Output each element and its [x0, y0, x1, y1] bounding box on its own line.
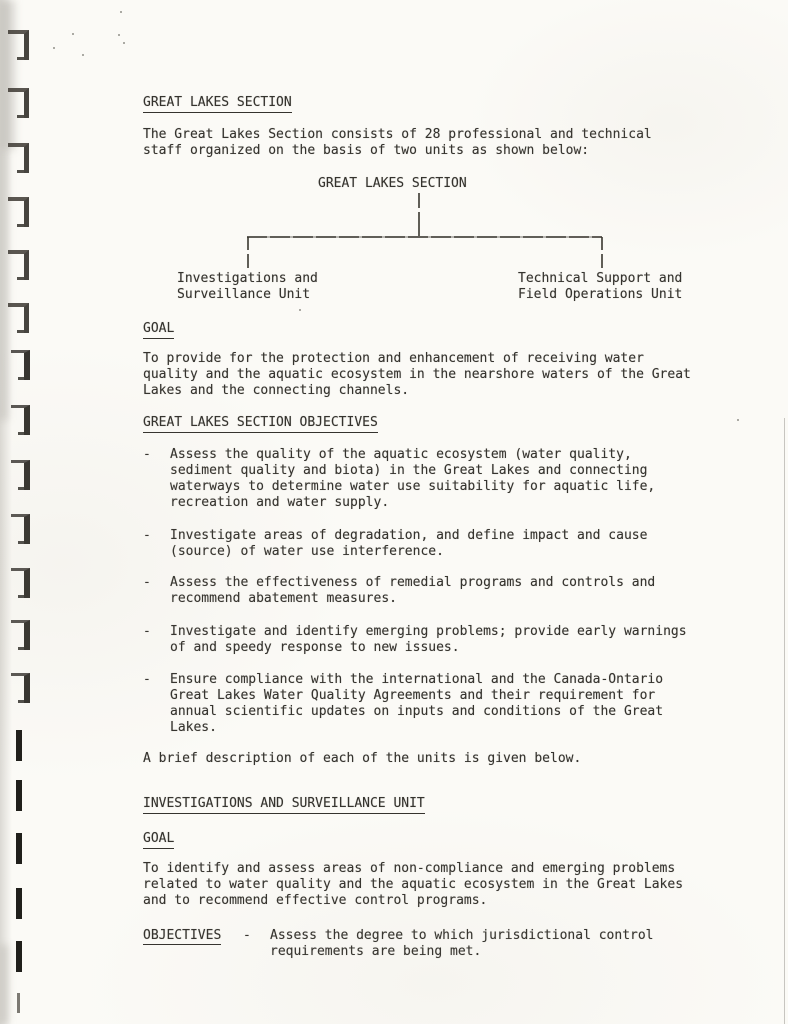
unit-heading: INVESTIGATIONS AND SURVEILLANCE UNIT: [143, 796, 425, 814]
section-heading: GREAT LAKES SECTION: [143, 95, 292, 113]
binding-mark: [16, 780, 22, 811]
scan-speck: [120, 11, 122, 13]
objectives-heading: GREAT LAKES SECTION OBJECTIVES: [143, 415, 378, 433]
binding-mark: [16, 941, 22, 972]
unit-objectives-heading-text: OBJECTIVES: [143, 928, 221, 945]
binding-mark: [8, 197, 29, 227]
objective-item: - Assess the quality of the aquatic ecos…: [143, 447, 655, 511]
binding-mark: [8, 30, 29, 60]
scan-edge-artifact: [0, 150, 9, 420]
binding-mark: [11, 350, 30, 380]
goal-heading: GOAL: [143, 321, 174, 339]
org-chart-right-connector: [601, 254, 603, 268]
scan-speck: [123, 42, 125, 44]
binding-mark: [11, 673, 30, 703]
binding-mark: [16, 888, 22, 919]
bullet-marker: -: [143, 447, 170, 463]
binding-mark: [16, 833, 22, 864]
objective-text: Assess the quality of the aquatic ecosys…: [170, 447, 655, 511]
scan-edge-artifact: [784, 418, 785, 1024]
binding-mark: [11, 405, 30, 435]
intro-paragraph: The Great Lakes Section consists of 28 p…: [143, 127, 652, 159]
objective-item: - Investigate and identify emerging prob…: [143, 624, 687, 656]
bullet-marker: -: [243, 928, 270, 944]
binding-mark: [8, 88, 29, 118]
scan-speck: [72, 33, 74, 35]
scan-edge-artifact: [0, 945, 9, 1024]
bullet-marker: -: [143, 672, 170, 688]
scan-speck: [82, 54, 84, 56]
org-chart-root-label: GREAT LAKES SECTION: [318, 176, 467, 192]
org-chart-left-connector: [247, 237, 249, 250]
note-paragraph: A brief description of each of the units…: [143, 751, 581, 767]
objective-text: Investigate and identify emerging proble…: [170, 624, 687, 656]
binding-mark: [16, 730, 22, 761]
bullet-marker: -: [143, 575, 170, 591]
org-chart-right-unit-label: Technical Support and Field Operations U…: [518, 271, 682, 303]
unit-goal-paragraph: To identify and assess areas of non-comp…: [143, 861, 683, 909]
scan-speck: [299, 309, 301, 311]
unit-objectives-row: OBJECTIVES - Assess the degree to which …: [143, 928, 654, 960]
scan-speck: [737, 419, 739, 421]
binding-mark: [8, 250, 29, 280]
scan-speck: [53, 47, 55, 49]
objective-text: Assess the effectiveness of remedial pro…: [170, 575, 655, 607]
binding-mark: [17, 993, 20, 1013]
unit-objective-text: Assess the degree to which jurisdictiona…: [270, 928, 654, 960]
bullet-marker: -: [143, 528, 170, 544]
binding-mark: [11, 620, 30, 650]
org-chart-left-connector: [247, 254, 249, 268]
org-chart-horizontal-connector: [247, 236, 602, 238]
objective-text: Ensure compliance with the international…: [170, 672, 663, 736]
unit-objectives-heading: OBJECTIVES: [143, 928, 243, 944]
scan-edge-artifact: [0, 0, 15, 150]
objective-item: - Assess the effectiveness of remedial p…: [143, 575, 655, 607]
objective-item: - Investigate areas of degradation, and …: [143, 528, 647, 560]
binding-mark: [8, 303, 29, 333]
binding-mark: [11, 514, 30, 544]
org-chart-root-connector: [418, 193, 420, 208]
objective-item: - Ensure compliance with the internation…: [143, 672, 663, 736]
bullet-marker: -: [143, 624, 170, 640]
org-chart-right-connector: [601, 237, 603, 250]
scanned-document-page: GREAT LAKES SECTION The Great Lakes Sect…: [0, 0, 788, 1024]
objective-text: Investigate areas of degradation, and de…: [170, 528, 647, 560]
binding-mark: [11, 460, 30, 490]
binding-mark: [11, 568, 30, 598]
binding-mark: [8, 143, 29, 173]
unit-goal-heading: GOAL: [143, 831, 174, 849]
scan-speck: [118, 34, 120, 36]
org-chart-root-connector: [418, 212, 420, 236]
org-chart-left-unit-label: Investigations and Surveillance Unit: [177, 271, 318, 303]
goal-paragraph: To provide for the protection and enhanc…: [143, 351, 691, 399]
